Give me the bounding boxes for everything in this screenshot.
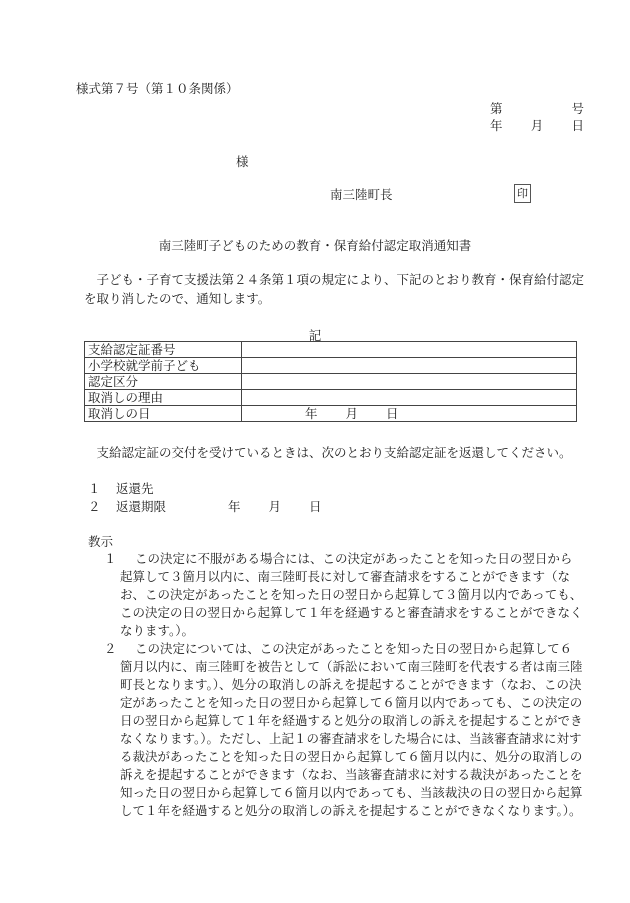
return-instruction: 支給認定証の交付を受けているときは、次のとおり支給認定証を返還してください。 <box>84 444 584 461</box>
notice-number: １ <box>104 550 117 568</box>
item-label: 返還期限 <box>116 499 166 514</box>
intro-paragraph: 子ども・子育て支援法第２４条第１項の規定により、下記のとおり教育・保育給付認定を… <box>84 270 584 308</box>
doc-no-prefix: 第 <box>490 100 503 117</box>
table-row: 小学校就学前子ども <box>85 358 577 374</box>
row-label: 取消しの日 <box>85 406 242 422</box>
doc-no-suffix: 号 <box>571 100 584 117</box>
date-day: 日 <box>386 406 399 421</box>
row-value <box>242 358 577 374</box>
notice-text: この決定については、この決定があったことを知った日の翌日から起算して６箇月以内に… <box>120 640 584 820</box>
date-month: 月 <box>269 498 282 515</box>
table-row: 認定区分 <box>85 374 577 390</box>
cancellation-date-cell: 年 月 日 <box>242 406 577 422</box>
item-label: 返還先 <box>116 481 154 496</box>
form-number: 様式第７号（第１０条関係） <box>76 80 239 97</box>
return-item-deadline: ２返還期限 年 月 日 <box>88 498 322 515</box>
item-number: １ <box>88 480 116 497</box>
recipient-honorific: 様 <box>236 153 249 170</box>
date-year: 年 <box>228 498 241 515</box>
item-number: ２ <box>88 498 116 515</box>
row-value <box>242 390 577 406</box>
date-year: 年 <box>490 117 503 134</box>
notice-number: ２ <box>104 640 117 658</box>
document-number: 第 号 <box>490 100 584 117</box>
document-date: 年 月 日 <box>490 117 584 134</box>
row-label: 支給認定証番号 <box>85 342 242 358</box>
row-label: 取消しの理由 <box>85 390 242 406</box>
table-row: 取消しの日 年 月 日 <box>85 406 577 422</box>
row-label: 認定区分 <box>85 374 242 390</box>
kyoji-heading: 教示 <box>88 533 113 550</box>
table-row: 取消しの理由 <box>85 390 577 406</box>
seal-icon: 印 <box>514 184 531 203</box>
row-label: 小学校就学前子ども <box>85 358 242 374</box>
issuer-name: 南三陸町長 <box>330 186 393 203</box>
date-year: 年 <box>305 406 318 421</box>
return-item-destination: １返還先 <box>88 480 154 497</box>
notice-text: この決定に不服がある場合には、この決定があったことを知った日の翌日から起算して３… <box>120 550 584 640</box>
notice-item-2: ２ この決定については、この決定があったことを知った日の翌日から起算して６箇月以… <box>104 640 584 820</box>
date-month: 月 <box>531 117 544 134</box>
date-day: 日 <box>571 117 584 134</box>
table-row: 支給認定証番号 <box>85 342 577 358</box>
date-day: 日 <box>309 498 322 515</box>
notice-item-1: １ この決定に不服がある場合には、この決定があったことを知った日の翌日から起算し… <box>104 550 584 640</box>
deadline-date: 年 月 日 <box>228 498 322 515</box>
row-value <box>242 342 577 358</box>
record-table: 支給認定証番号 小学校就学前子ども 認定区分 取消しの理由 取消しの日 年 月 … <box>84 341 577 422</box>
row-value <box>242 374 577 390</box>
date-month: 月 <box>346 406 359 421</box>
document-title: 南三陸町子どものための教育・保育給付認定取消通知書 <box>0 237 630 254</box>
